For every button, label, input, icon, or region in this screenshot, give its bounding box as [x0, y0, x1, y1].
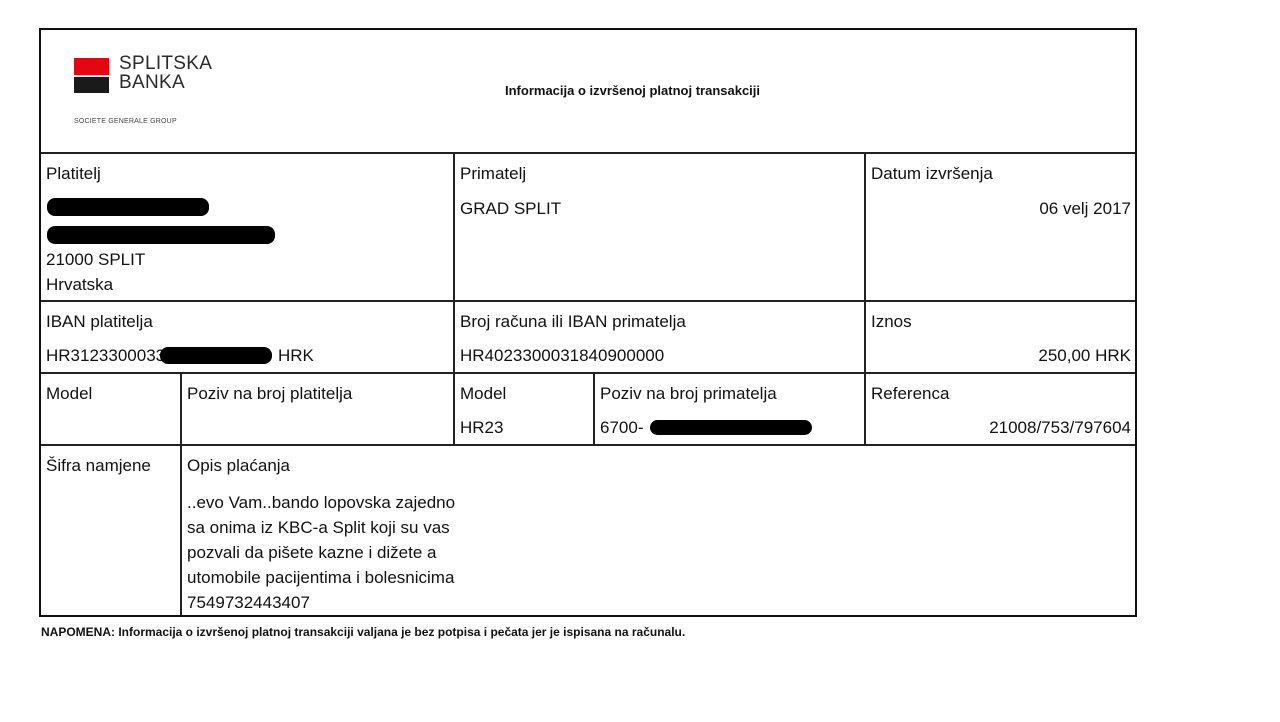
divider: [453, 152, 455, 444]
amount-value: 250,00 HRK: [1038, 346, 1131, 366]
divider: [41, 372, 1135, 374]
recipient-iban-value: HR4023300031840900000: [460, 346, 664, 366]
purpose-code-label: Šifra namjene: [46, 456, 151, 476]
bank-group: SOCIETE GENERALE GROUP: [74, 118, 177, 125]
execution-date-label: Datum izvršenja: [871, 164, 993, 184]
payer-address-redacted: [47, 226, 275, 244]
recipient-reference-cell: Poziv na broj primatelja 6700-: [595, 374, 864, 444]
divider: [41, 444, 1135, 446]
description-row: Šifra namjene Opis plaćanja ..evo Vam..b…: [41, 446, 1135, 615]
document-title: Informacija o izvršenoj platnoj transakc…: [505, 83, 760, 98]
payer-country: Hrvatska: [46, 275, 113, 295]
payer-reference-cell: Poziv na broj platitelja: [182, 374, 453, 444]
recipient-reference-label: Poziv na broj primatelja: [600, 384, 777, 404]
divider: [593, 372, 595, 444]
reference-label: Referenca: [871, 384, 949, 404]
payer-city: 21000 SPLIT: [46, 250, 145, 270]
payment-description-label: Opis plaćanja: [187, 456, 290, 476]
footer-note: NAPOMENA: Informacija o izvršenoj platno…: [41, 625, 685, 639]
amount-label: Iznos: [871, 312, 912, 332]
recipient-label: Primatelj: [460, 164, 526, 184]
payer-label: Platitelj: [46, 164, 101, 184]
recipient-reference-prefix: 6700-: [600, 418, 643, 438]
slip-header: SPLITSKA BANKA SOCIETE GENERALE GROUP In…: [41, 30, 1135, 154]
payer-iban-label: IBAN platitelja: [46, 312, 153, 332]
payer-iban-cell: IBAN platitelja HR3123300033 HRK: [41, 302, 453, 372]
payer-iban-prefix: HR3123300033: [46, 346, 165, 366]
execution-date-value: 06 velj 2017: [1039, 199, 1131, 219]
bank-logo-icon: [74, 58, 109, 93]
payer-iban-redacted: [160, 347, 272, 364]
recipient-model-label: Model: [460, 384, 506, 404]
divider: [41, 300, 1135, 302]
transaction-slip: SPLITSKA BANKA SOCIETE GENERALE GROUP In…: [39, 28, 1137, 617]
reference-cell: Referenca 21008/753/797604: [866, 374, 1135, 444]
payer-name-redacted: [47, 198, 209, 216]
recipient-reference-redacted: [650, 420, 812, 435]
recipient-iban-cell: Broj računa ili IBAN primatelja HR402330…: [455, 302, 864, 372]
recipient-model-cell: Model HR23: [455, 374, 593, 444]
divider: [864, 152, 866, 444]
payer-model-cell: Model: [41, 374, 180, 444]
payer-iban-currency: HRK: [278, 346, 314, 366]
payer-reference-label: Poziv na broj platitelja: [187, 384, 352, 404]
recipient-iban-label: Broj računa ili IBAN primatelja: [460, 312, 686, 332]
execution-date-cell: Datum izvršenja 06 velj 2017: [866, 154, 1135, 300]
payment-description-text: ..evo Vam..bando lopovska zajedno sa oni…: [187, 490, 455, 615]
payer-model-label: Model: [46, 384, 92, 404]
payer-cell: Platitelj 21000 SPLIT Hrvatska: [41, 154, 453, 300]
recipient-cell: Primatelj GRAD SPLIT: [455, 154, 864, 300]
amount-cell: Iznos 250,00 HRK: [866, 302, 1135, 372]
recipient-name: GRAD SPLIT: [460, 199, 561, 219]
bank-name: SPLITSKA BANKA: [119, 54, 212, 92]
reference-value: 21008/753/797604: [989, 418, 1131, 438]
recipient-model-value: HR23: [460, 418, 503, 438]
divider: [180, 372, 182, 615]
